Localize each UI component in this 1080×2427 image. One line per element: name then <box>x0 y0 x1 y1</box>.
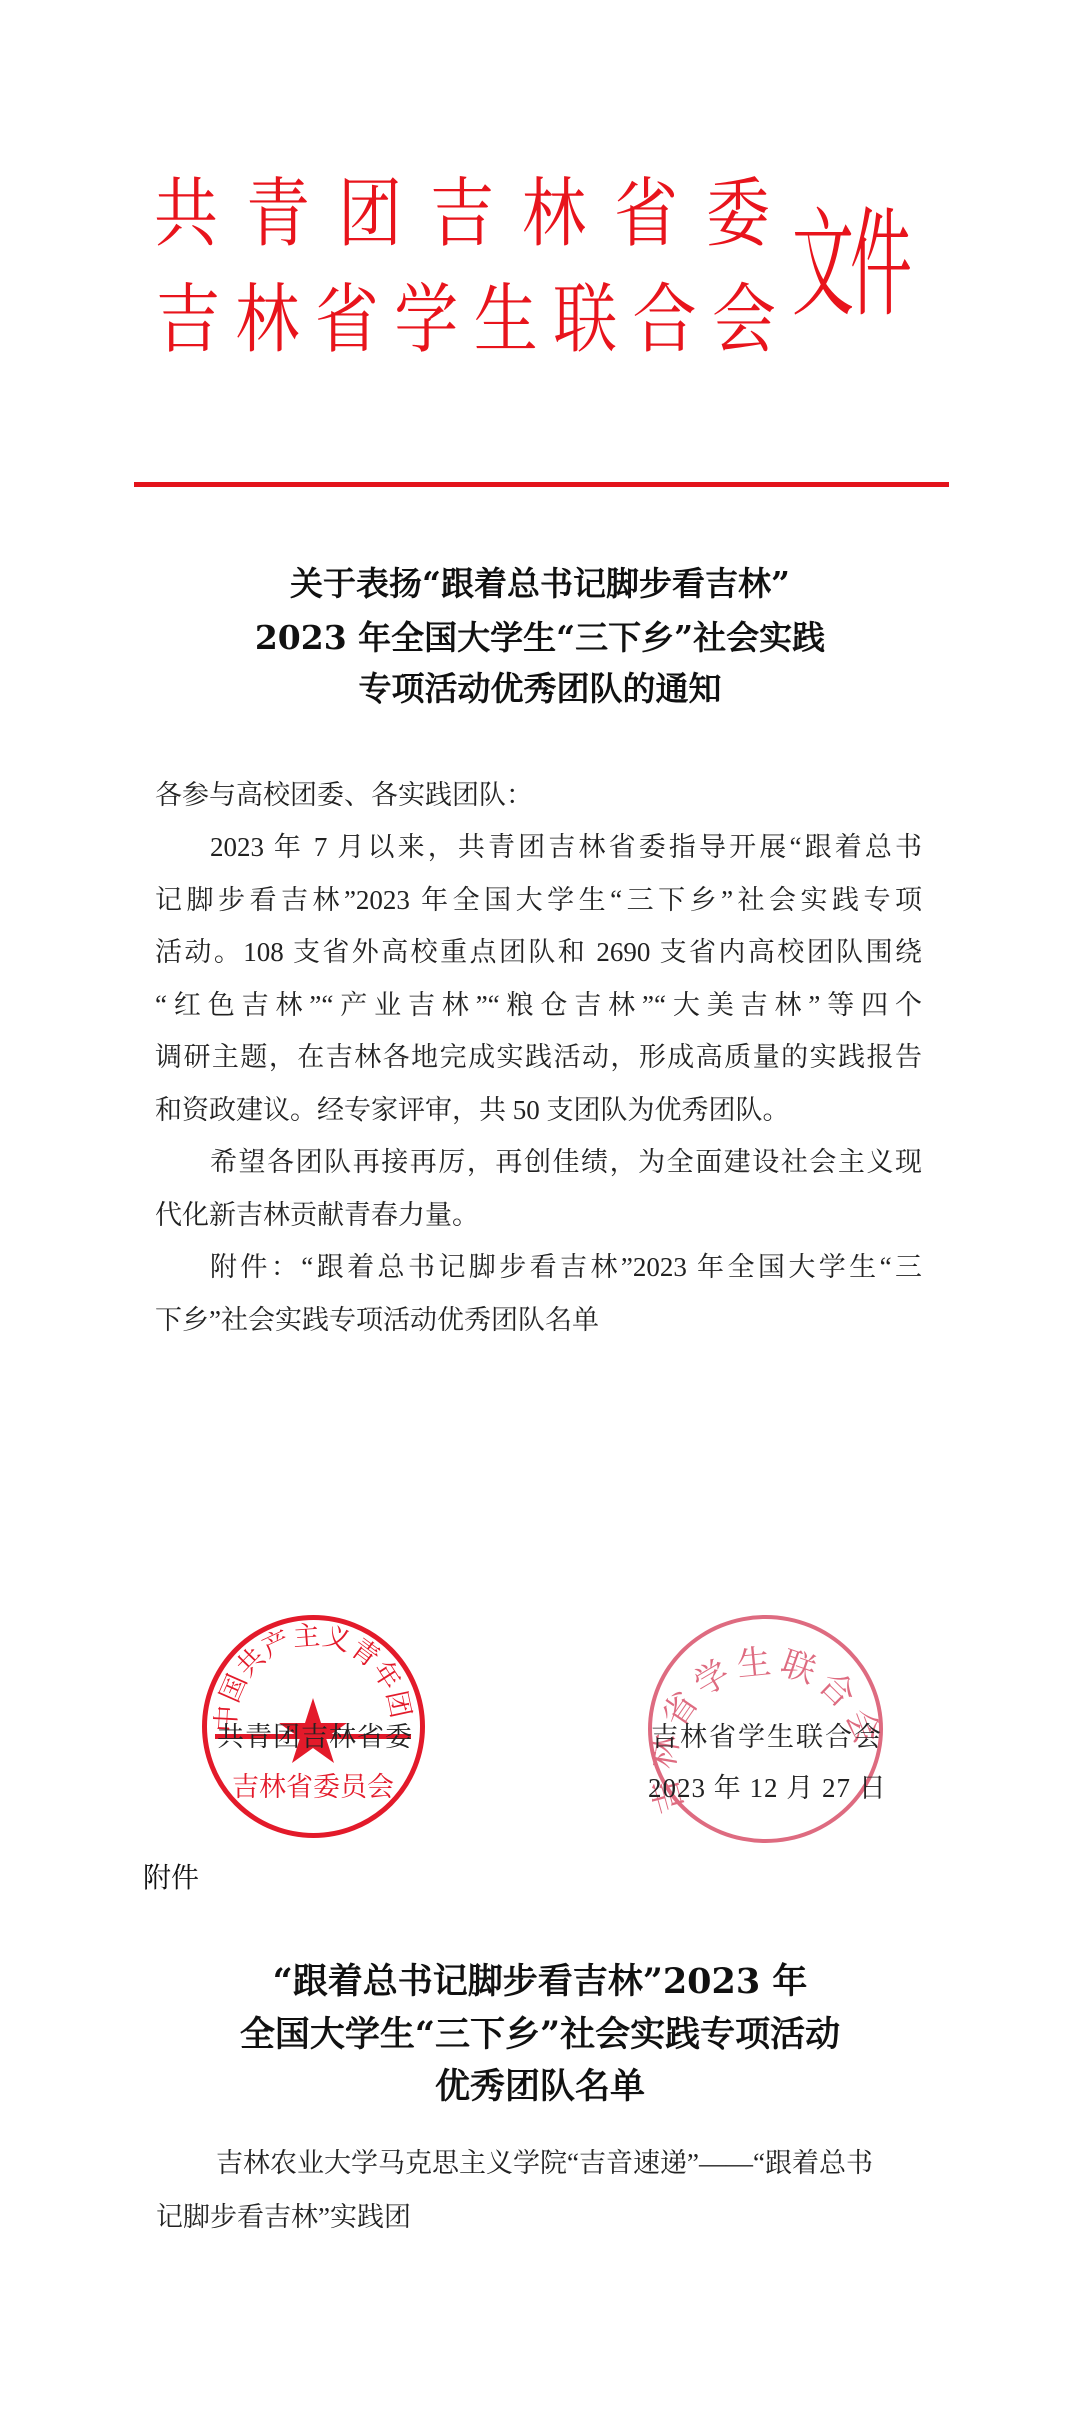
team-list-item-continuation: 记脚步看吉林”实践团 <box>156 2202 411 2232</box>
masthead-char: 吉 <box>156 283 220 359</box>
masthead-char: 学 <box>394 283 458 359</box>
left-signature-org: 共青团吉林省委 <box>217 1722 413 1752</box>
right-signature-org: 吉林省学生联合会 <box>651 1722 883 1752</box>
masthead-char: 林 <box>235 283 299 359</box>
masthead-char: 会 <box>712 283 776 359</box>
attachment-reference-line: 附件：“跟着总书记脚步看吉林”2023 年全国大学生“三 <box>210 1252 922 1282</box>
svg-text:吉林省委员会: 吉林省委员会 <box>232 1772 394 1803</box>
masthead-char: 合 <box>633 283 697 359</box>
paragraph-line: 希望各团队再接再厉，再创佳绩，为全面建设社会主义现 <box>210 1147 922 1177</box>
paragraph-line: 和资政建议。经专家评审，共 50 支团队为优秀团队。 <box>155 1095 922 1125</box>
paragraph-line: 2023 年 7 月以来，共青团吉林省委指导开展“跟着总书 <box>210 832 922 862</box>
masthead-line-1: 共 青 团 吉 林 省 委 <box>154 177 770 241</box>
masthead-char: 生 <box>474 283 538 359</box>
masthead-char: 团 <box>338 177 402 253</box>
masthead-char: 省 <box>315 283 379 359</box>
salutation: 各参与高校团委、各实践团队： <box>155 780 922 810</box>
attachment-title-line-1: “跟着总书记脚步看吉林”2023 年 <box>0 1964 1080 2000</box>
notice-title-line-2: 2023 年全国大学生“三下乡”社会实践 <box>0 620 1080 656</box>
notice-title-line-3: 专项活动优秀团队的通知 <box>0 671 1080 707</box>
masthead-line-2: 吉 林 省 学 生 联 合 会 <box>156 283 776 347</box>
signature-date: 2023 年 12 月 27 日 <box>648 1773 887 1803</box>
masthead-char: 青 <box>246 177 310 253</box>
attachment-title-line-3: 优秀团队名单 <box>0 2069 1080 2105</box>
masthead-char: 联 <box>553 283 617 359</box>
red-divider <box>134 482 949 487</box>
paragraph-line: 记脚步看吉林”2023 年全国大学生“三下乡”社会实践专项 <box>155 885 922 915</box>
notice-title-line-1: 关于表扬“跟着总书记脚步看吉林” <box>0 566 1080 602</box>
paragraph-line: 活动。108 支省外高校重点团队和 2690 支省内高校团队围绕 <box>155 937 922 967</box>
masthead-char: 林 <box>522 177 586 253</box>
paragraph-line: “红色吉林”“产业吉林”“粮仓吉林”“大美吉林”等四个 <box>155 990 922 1020</box>
attachment-reference-line: 下乡”社会实践专项活动优秀团队名单 <box>155 1305 922 1335</box>
team-list-item: 吉林农业大学马克思主义学院“吉音速递”——“跟着总书 <box>216 2148 873 2178</box>
paragraph-line: 调研主题，在吉林各地完成实践活动，形成高质量的实践报告 <box>155 1042 922 1072</box>
masthead-char: 省 <box>614 177 678 253</box>
paragraph-line: 代化新吉林贡献青春力量。 <box>155 1200 922 1230</box>
document-word: 文件 <box>792 206 908 324</box>
attachment-label: 附件 <box>143 1862 199 1894</box>
masthead-char: 吉 <box>430 177 494 253</box>
masthead-char: 委 <box>706 177 770 253</box>
attachment-title-line-2: 全国大学生“三下乡”社会实践专项活动 <box>0 2017 1080 2053</box>
masthead-char: 共 <box>154 177 218 253</box>
